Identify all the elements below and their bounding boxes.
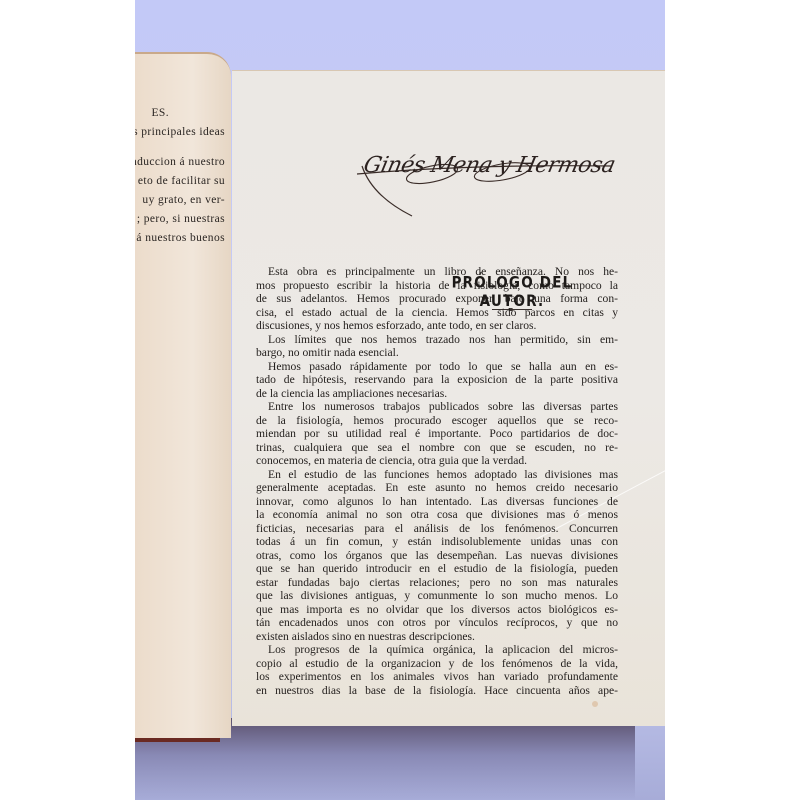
text-line: En el estudio de las funciones hemos ado… xyxy=(256,468,618,482)
text-line: en nuestros dias la base de la fisiologí… xyxy=(256,684,618,698)
text-line: todas á un fin comun, y están indisolubl… xyxy=(256,535,618,549)
text-line: copio al estudio de la organizacion y de… xyxy=(256,657,618,671)
text-line: miendan por su utilidad real é important… xyxy=(256,427,618,441)
text-line: Entre los numerosos trabajos publicados … xyxy=(256,400,618,414)
text-line: mos propuesto escribir la historia de la… xyxy=(256,279,618,293)
text-line: conocemos, en materia de ciencia, otra g… xyxy=(256,454,618,468)
left-page-line: aduccion á nuestro xyxy=(135,156,225,168)
text-line: de la fisiología, hemos procurado escoge… xyxy=(256,414,618,428)
text-line: que las divisiones antiguas, y comunment… xyxy=(256,589,618,603)
text-line: estar fundadas bajo ciertas relaciones; … xyxy=(256,576,618,590)
text-line: de la ciencia las ampliaciones necesaria… xyxy=(256,387,618,401)
text-line: Los progresos de la química orgánica, la… xyxy=(256,643,618,657)
left-page: ES. s principales ideas aduccion á nuest… xyxy=(135,52,231,738)
prologue-body: Esta obra es principalmente un libro de … xyxy=(256,265,618,697)
foxing-stain xyxy=(592,701,598,707)
text-line: tado de hipótesis, reservando para la ex… xyxy=(256,373,618,387)
text-line: otras, como los órganos que las desempeñ… xyxy=(256,549,618,563)
text-line: innovar, como algunos lo han intentado. … xyxy=(256,495,618,509)
text-line: Hemos pasado rápidamente por todo lo que… xyxy=(256,360,618,374)
right-page: Ginés Mena y Hermosa PRÓLOGO DEL AUTOR. … xyxy=(232,70,665,726)
left-page-line: uy grato, en ver- xyxy=(142,194,225,206)
text-line: la economía animal no son otra cosa que … xyxy=(256,508,618,522)
left-page-line: s principales ideas xyxy=(135,126,225,138)
text-line: bargo, no omitir nada esencial. xyxy=(256,346,618,360)
book-photo: ES. s principales ideas aduccion á nuest… xyxy=(135,0,665,800)
text-line: generalmente aceptadas. En este asunto n… xyxy=(256,481,618,495)
left-page-line: ES. xyxy=(152,107,170,119)
handwritten-signature: Ginés Mena y Hermosa xyxy=(361,153,617,178)
text-line: trinas, cualquiera que sea el nombre con… xyxy=(256,441,618,455)
text-line: existen aislados sino en nuestras descri… xyxy=(256,630,618,644)
left-page-line: á nuestros buenos xyxy=(136,232,225,244)
text-line: que se han querido introducir en el estu… xyxy=(256,562,618,576)
text-line: cisa, el estado actual de la ciencia. He… xyxy=(256,306,618,320)
left-page-line: ; pero, si nuestras xyxy=(137,213,225,225)
text-line: Los límites que nos hemos trazado nos ha… xyxy=(256,333,618,347)
text-line: ficticias, necesarias para el análisis d… xyxy=(256,522,618,536)
text-line: que mas importa es no olvidar que los di… xyxy=(256,603,618,617)
text-line: discusiones, y nos hemos esforzado, ante… xyxy=(256,319,618,333)
text-line: Esta obra es principalmente un libro de … xyxy=(256,265,618,279)
text-line: de sus adelantos. Hemos procurado expone… xyxy=(256,292,618,306)
text-line: tán encadenados unos con otros por víncu… xyxy=(256,616,618,630)
text-line: los experimentos en los animales vivos h… xyxy=(256,670,618,684)
left-page-line: eto de facilitar su xyxy=(138,175,225,187)
